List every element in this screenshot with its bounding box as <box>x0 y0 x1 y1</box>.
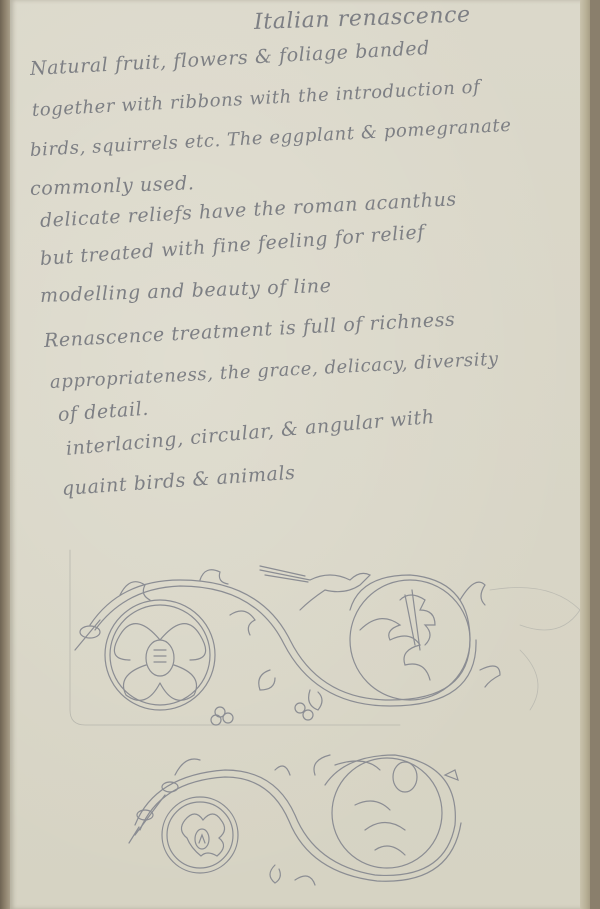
scroll-ornament-sketch-2 <box>115 735 475 905</box>
text-line-12: quaint birds & animals <box>61 462 296 500</box>
text-line-1: Natural fruit, flowers & foliage banded <box>29 37 430 80</box>
text-line-10: of detail. <box>57 398 149 426</box>
book-binding-edge <box>0 0 10 909</box>
text-line-8: Renascence treatment is full of richness <box>43 308 455 352</box>
scroll-ornament-sketch-1 <box>60 540 580 740</box>
notebook-page: Italian renascence Natural fruit, flower… <box>10 0 590 909</box>
text-line-2: together with ribbons with the introduct… <box>31 77 480 121</box>
page-right-edge <box>580 0 590 909</box>
page-title: Italian renascence <box>254 2 472 35</box>
text-line-7: modelling and beauty of line <box>40 275 332 307</box>
text-line-3: birds, squirrels etc. The eggplant & pom… <box>29 115 512 161</box>
text-line-4: commonly used. <box>30 172 195 200</box>
text-line-9: appropriateness, the grace, delicacy, di… <box>49 349 499 393</box>
